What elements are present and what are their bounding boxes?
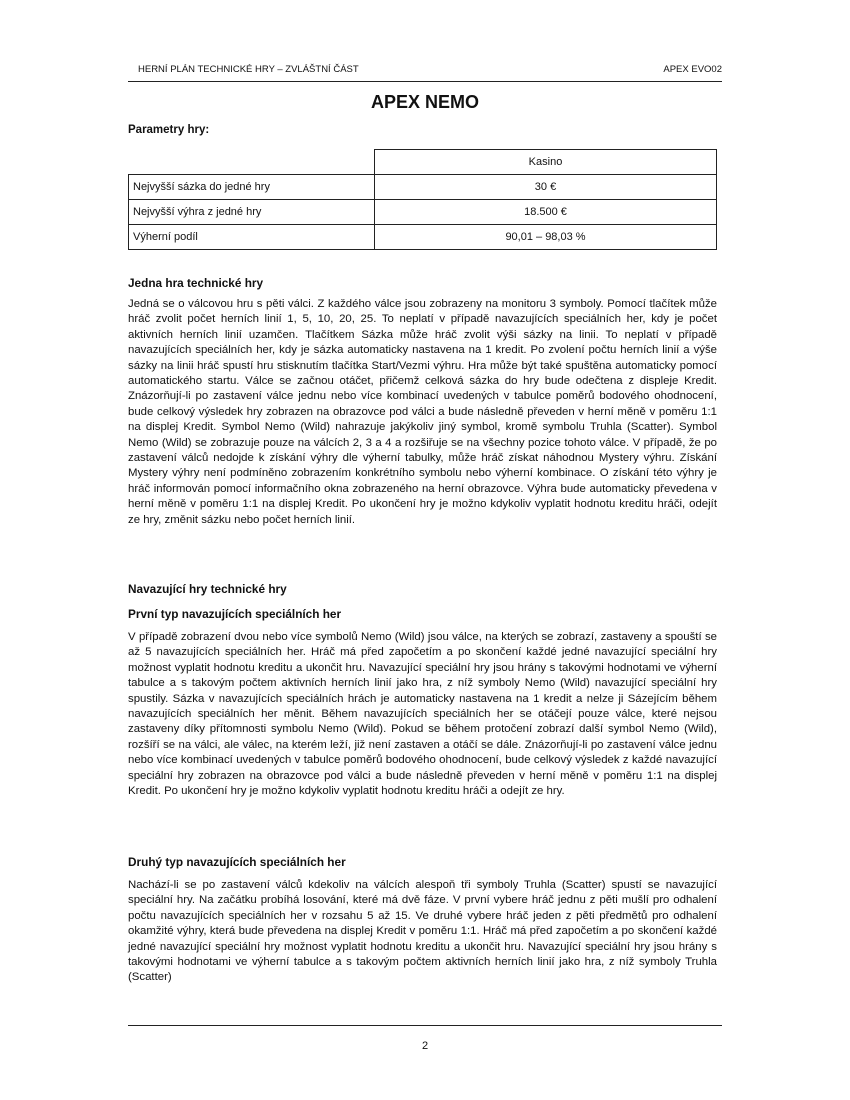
table-row: Nejvyšší sázka do jedné hry 30 € [129,175,717,200]
table-header-row: Kasino [129,150,717,175]
row-label: Výherní podíl [129,225,375,250]
header-left-text: HERNÍ PLÁN TECHNICKÉ HRY – ZVLÁŠTNÍ ČÁST [138,64,359,75]
page-number: 2 [128,1040,722,1052]
row-value: 30 € [375,175,717,200]
parameters-table: Kasino Nejvyšší sázka do jedné hry 30 € … [128,149,717,250]
section-text-first-type: V případě zobrazení dvou nebo více symbo… [128,630,717,799]
section-text-second-type: Nachází-li se po zastavení válců kdekoli… [128,878,717,986]
table-row: Výherní podíl 90,01 – 98,03 % [129,225,717,250]
section-heading-first-type: První typ navazujících speciálních her [128,607,341,621]
document-title: APEX NEMO [128,92,722,113]
row-value: 90,01 – 98,03 % [375,225,717,250]
row-label: Nejvyšší výhra z jedné hry [129,200,375,225]
section-heading-follow-up-games: Navazující hry technické hry [128,582,287,596]
row-value: 18.500 € [375,200,717,225]
header-divider [128,81,722,82]
header-right-text: APEX EVO02 [663,64,722,75]
section-text-single-game: Jedná se o válcovou hru s pěti válci. Z … [128,297,717,528]
section-heading-single-game: Jedna hra technické hry [128,276,263,290]
section-heading-second-type: Druhý typ navazujících speciálních her [128,855,346,869]
running-header: HERNÍ PLÁN TECHNICKÉ HRY – ZVLÁŠTNÍ ČÁST… [128,64,722,80]
footer-divider [128,1025,722,1026]
table-row: Nejvyšší výhra z jedné hry 18.500 € [129,200,717,225]
column-header-kasino: Kasino [375,150,717,175]
row-label: Nejvyšší sázka do jedné hry [129,175,375,200]
params-heading: Parametry hry: [128,124,209,136]
table-corner-cell [129,150,375,175]
